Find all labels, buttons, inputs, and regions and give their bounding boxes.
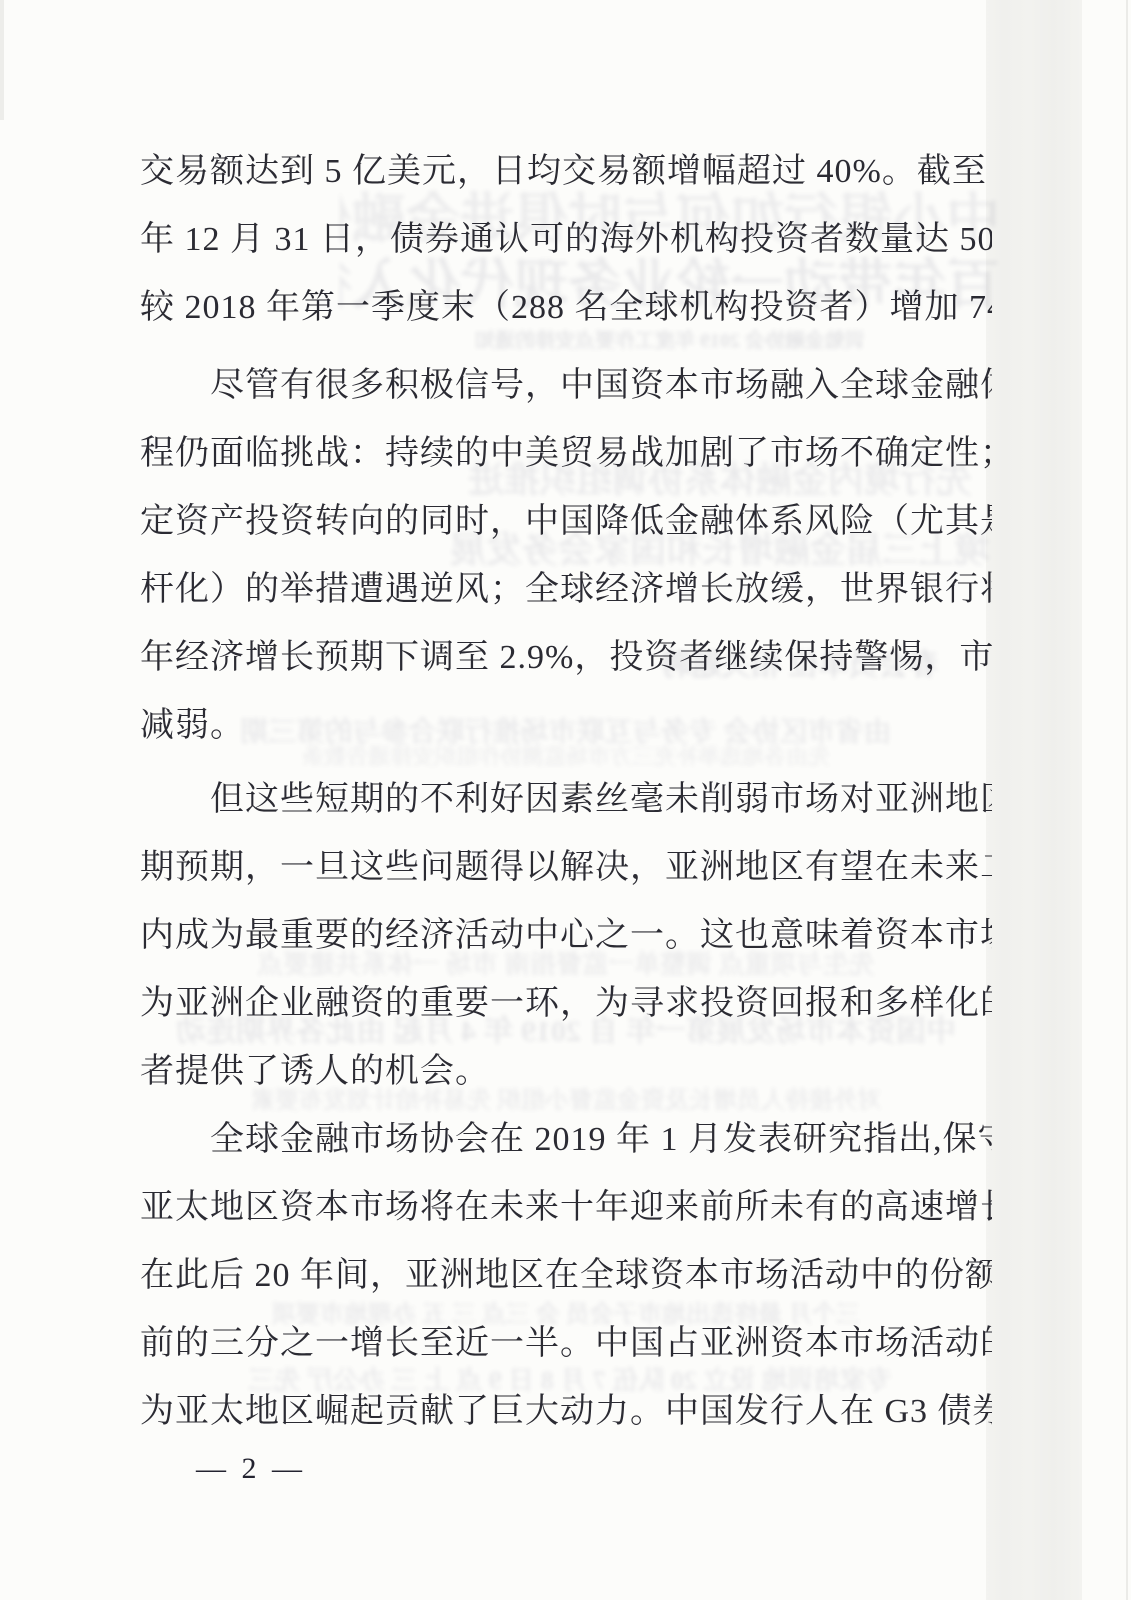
text-line: 全球金融市场协会在 2019 年 1 月发表研究指出,保守估计， [140,1106,992,1174]
text-line: 前的三分之一增长至近一半。中国占亚洲资本市场活动的 40%， [140,1310,992,1378]
text-line: 年经济增长预期下调至 2.9%，投资者继续保持警惕，市场信心 [140,624,992,692]
text-line: 为亚太地区崛起贡献了巨大动力。中国发行人在 G3 债券一级市 [140,1378,992,1446]
paragraph: 尽管有很多积极信号，中国资本市场融入全球金融体系进程仍面临挑战：持续的中美贸易战… [140,352,992,760]
text-line: 定资产投资转向的同时，中国降低金融体系风险（尤其是去杠 [140,488,992,556]
text-body: 交易额达到 5 亿美元，日均交易额增幅超过 40%。截至 2018年 12 月 … [0,0,1131,1600]
text-line: 但这些短期的不利好因素丝毫未削弱市场对亚洲地区的长 [140,766,992,834]
paragraph: 交易额达到 5 亿美元，日均交易额增幅超过 40%。截至 2018年 12 月 … [140,138,992,342]
text-line: 杆化）的举措遭遇逆风；全球经济增长放缓，世界银行将 2019 [140,556,992,624]
text-line: 尽管有很多积极信号，中国资本市场融入全球金融体系进 [140,352,992,420]
text-line: 程仍面临挑战：持续的中美贸易战加剧了市场不确定性；在固 [140,420,992,488]
text-line: 在此后 20 年间，亚洲地区在全球资本市场活动中的份额将从目 [140,1242,992,1310]
text-line: 交易额达到 5 亿美元，日均交易额增幅超过 40%。截至 2018 [140,138,992,206]
document-page: 中小银行如何与时俱进金融体百年带动一轮业务现代化入行训勉金融协会 2019 年度… [0,0,1131,1600]
text-line: 年 12 月 31 日，债券通认可的海外机构投资者数量达 503 名， [140,206,992,274]
text-line: 较 2018 年第一季度末（288 名全球机构投资者）增加 74%。 [140,274,992,342]
text-line: 者提供了诱人的机会。 [140,1038,992,1106]
text-line: 减弱。 [140,692,992,760]
text-line: 亚太地区资本市场将在未来十年迎来前所未有的高速增长。而 [140,1174,992,1242]
text-line: 期预期，一旦这些问题得以解决，亚洲地区有望在未来二十年 [140,834,992,902]
paragraph: 但这些短期的不利好因素丝毫未削弱市场对亚洲地区的长期预期，一旦这些问题得以解决，… [140,766,992,1106]
paragraph: 全球金融市场协会在 2019 年 1 月发表研究指出,保守估计，亚太地区资本市场… [140,1106,992,1446]
page-number: — 2 — [196,1452,306,1486]
text-line: 为亚洲企业融资的重要一环，为寻求投资回报和多样化的投资 [140,970,992,1038]
text-line: 内成为最重要的经济活动中心之一。这也意味着资本市场将成 [140,902,992,970]
